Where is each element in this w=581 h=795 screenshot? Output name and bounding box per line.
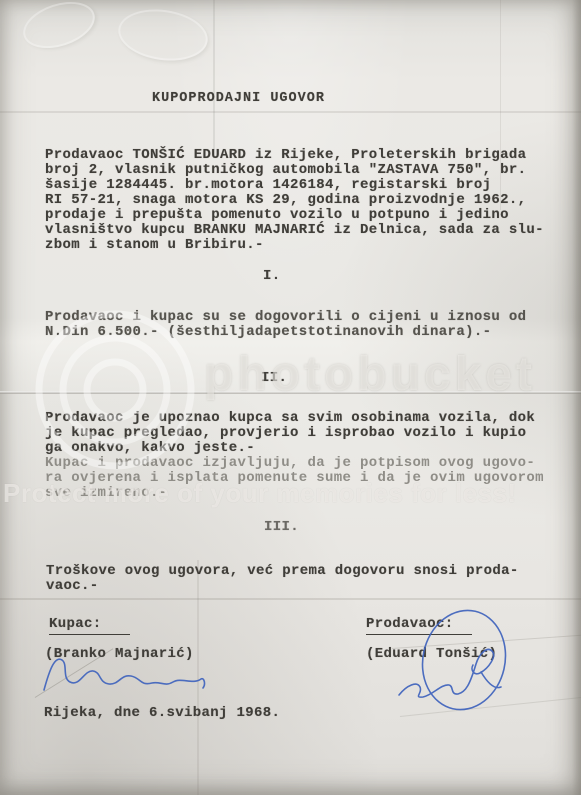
section-numeral: III. [264,519,299,535]
seller-label: Prodavaoc: [366,616,472,635]
contract-line: ra ovjerena i isplata pomenute sume i da… [45,471,544,486]
section-1-paragraph: Prodavaoc i kupac su se dogovorili o cij… [45,310,526,340]
contract-line: Prodavaoc i kupac su se dogovorili o cij… [45,310,526,325]
horizontal-fold-crease [0,598,581,600]
horizontal-fold-crease [0,111,581,113]
seller-signature-tail [481,672,501,688]
photobucket-watermark-text: photobucket [204,351,536,399]
contract-line: je kupac pregledao, provjerio i isprobao… [45,426,544,441]
contract-line: N.Din 6.500.- (šesthiljadapetstotinanovi… [45,325,526,340]
buyer-signature [44,659,204,690]
section-numeral: II. [261,370,287,386]
contract-line: sve izmireno.- [45,486,544,501]
document-title: KUPOPRODAJNI UGOVOR [152,91,325,106]
paper-edge-shadow [572,0,581,795]
seller-name: (Eduard Tonšić) [366,646,497,662]
contract-line: zbom i stanom u Bribiru.- [45,238,544,253]
buyer-label: Kupac: [49,616,130,635]
contract-line: ga onakvo, kakvo jeste.- [45,441,544,456]
diagonal-crease [400,697,581,717]
scanned-contract-document: KUPOPRODAJNI UGOVOR Prodavaoc TONŠIĆ EDU… [0,0,581,795]
intro-paragraph: Prodavaoc TONŠIĆ EDUARD iz Rijeke, Prole… [45,148,544,253]
contract-line: vlasništvo kupcu BRANKU MAJNARIĆ iz Deln… [45,223,544,238]
section-numeral: I. [263,268,281,284]
buyer-name: (Branko Majnarić) [45,646,194,662]
contract-line: broj 2, vlasnik putničkog automobila "ZA… [45,163,544,178]
contract-line: prodaje i prepušta pomenuto vozilo u pot… [45,208,544,223]
contract-line: šasije 1284445. br.motora 1426184, regis… [45,178,544,193]
paper-crinkle [17,0,100,56]
horizontal-fold-crease [0,391,581,394]
vertical-fold-crease [197,560,199,795]
section-2-paragraph: Prodavaoc je upoznao kupca sa svim osobi… [45,411,544,501]
date-line: Rijeka, dne 6.svibanj 1968. [44,705,280,721]
contract-line: Prodavaoc je upoznao kupca sa svim osobi… [45,411,544,426]
handwritten-signatures [0,0,581,795]
contract-line: RI 57-21, snaga motora KS 29, godina pro… [45,193,544,208]
contract-line: Troškove ovog ugovora, već prema dogovor… [46,564,519,579]
section-3-paragraph: Troškove ovog ugovora, već prema dogovor… [46,564,519,594]
contract-line: Kupac i prodavaoc izjavljuju, da je potp… [45,456,544,471]
vertical-fold-crease [213,0,215,150]
paper-crinkle [115,4,211,66]
contract-line: Prodavaoc TONŠIĆ EDUARD iz Rijeke, Prole… [45,148,544,163]
contract-line: vaoc.- [46,579,519,594]
